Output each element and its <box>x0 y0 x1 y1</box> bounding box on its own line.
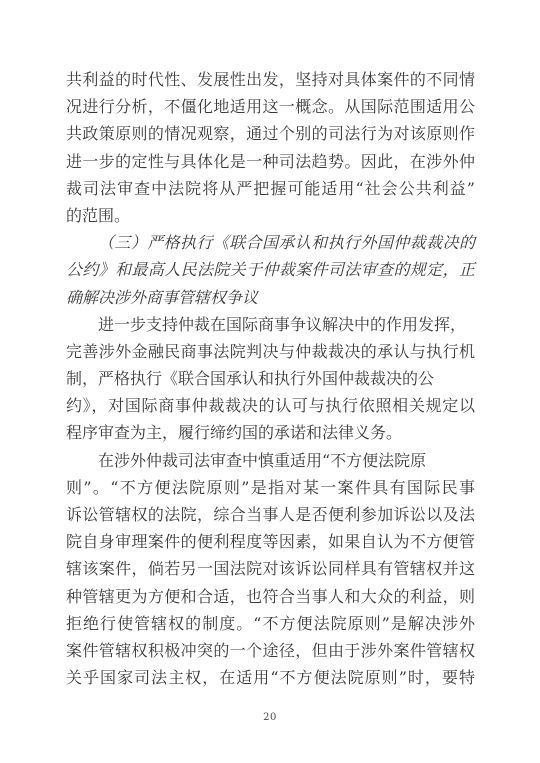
text-line: 则”。“不方便法院原则”是指对某一案件具有国际民事 <box>66 474 475 501</box>
paragraph-public-interest-continuation: 共利益的时代性、发展性出发，坚持对具体案件的不同情况进行分析，不僵化地适用这一概… <box>66 66 475 229</box>
text-line: 案件管辖权积极冲突的一个途径，但由于涉外案件管辖权 <box>66 637 475 664</box>
text-line: 程序审查为主，履行缔约国的承诺和法律义务。 <box>66 419 475 446</box>
page-number: 20 <box>0 712 540 723</box>
paragraph-forum-non-conveniens: 在涉外仲裁司法审查中慎重适用“不方便法院原则”。“不方便法院原则”是指对某一案件… <box>66 447 475 692</box>
text-line: 种管辖更为方便和合适，也符合当事人和大众的利益，则 <box>66 583 475 610</box>
document-page: 共利益的时代性、发展性出发，坚持对具体案件的不同情况进行分析，不僵化地适用这一概… <box>0 0 540 763</box>
text-line: 进一步的定性与具体化是一种司法趋势。因此，在涉外仲 <box>66 148 475 175</box>
text-block: 共利益的时代性、发展性出发，坚持对具体案件的不同情况进行分析，不僵化地适用这一概… <box>66 66 475 691</box>
text-line: 在涉外仲裁司法审查中慎重适用“不方便法院原 <box>66 447 475 474</box>
text-line: 确解决涉外商事管辖权争议 <box>66 284 475 311</box>
text-line: 进一步支持仲裁在国际商事争议解决中的作用发挥， <box>66 311 475 338</box>
text-line: 况进行分析，不僵化地适用这一概念。从国际范围适用公 <box>66 93 475 120</box>
text-line: 诉讼管辖权的法院，综合当事人是否便利参加诉讼以及法 <box>66 501 475 528</box>
text-line: 公约》和最高人民法院关于仲裁案件司法审查的规定，正 <box>66 256 475 283</box>
text-line: 院自身审理案件的便利程度等因素，如果自认为不方便管 <box>66 528 475 555</box>
text-line: 共政策原则的情况观察，通过个别的司法行为对该原则作 <box>66 120 475 147</box>
text-line: 共利益的时代性、发展性出发，坚持对具体案件的不同情 <box>66 66 475 93</box>
text-line: （三）严格执行《联合国承认和执行外国仲裁裁决的 <box>66 229 475 256</box>
text-line: 辖该案件，倘若另一国法院对该诉讼同样具有管辖权并这 <box>66 555 475 582</box>
paragraph-support-arbitration: 进一步支持仲裁在国际商事争议解决中的作用发挥，完善涉外金融民商事法院判决与仲裁裁… <box>66 311 475 447</box>
text-line: 裁司法审查中法院将从严把握可能适用“社会公共利益” <box>66 175 475 202</box>
text-line: 的范围。 <box>66 202 475 229</box>
heading-section-three: （三）严格执行《联合国承认和执行外国仲裁裁决的公约》和最高人民法院关于仲裁案件司… <box>66 229 475 311</box>
text-line: 约》，对国际商事仲裁裁决的认可与执行依照相关规定以 <box>66 392 475 419</box>
text-line: 关乎国家司法主权，在适用“不方便法院原则”时，要特 <box>66 664 475 691</box>
text-line: 拒绝行使管辖权的制度。“不方便法院原则”是解决涉外 <box>66 610 475 637</box>
text-line: 完善涉外金融民商事法院判决与仲裁裁决的承认与执行机 <box>66 338 475 365</box>
text-line: 制，严格执行《联合国承认和执行外国仲裁裁决的公 <box>66 365 475 392</box>
